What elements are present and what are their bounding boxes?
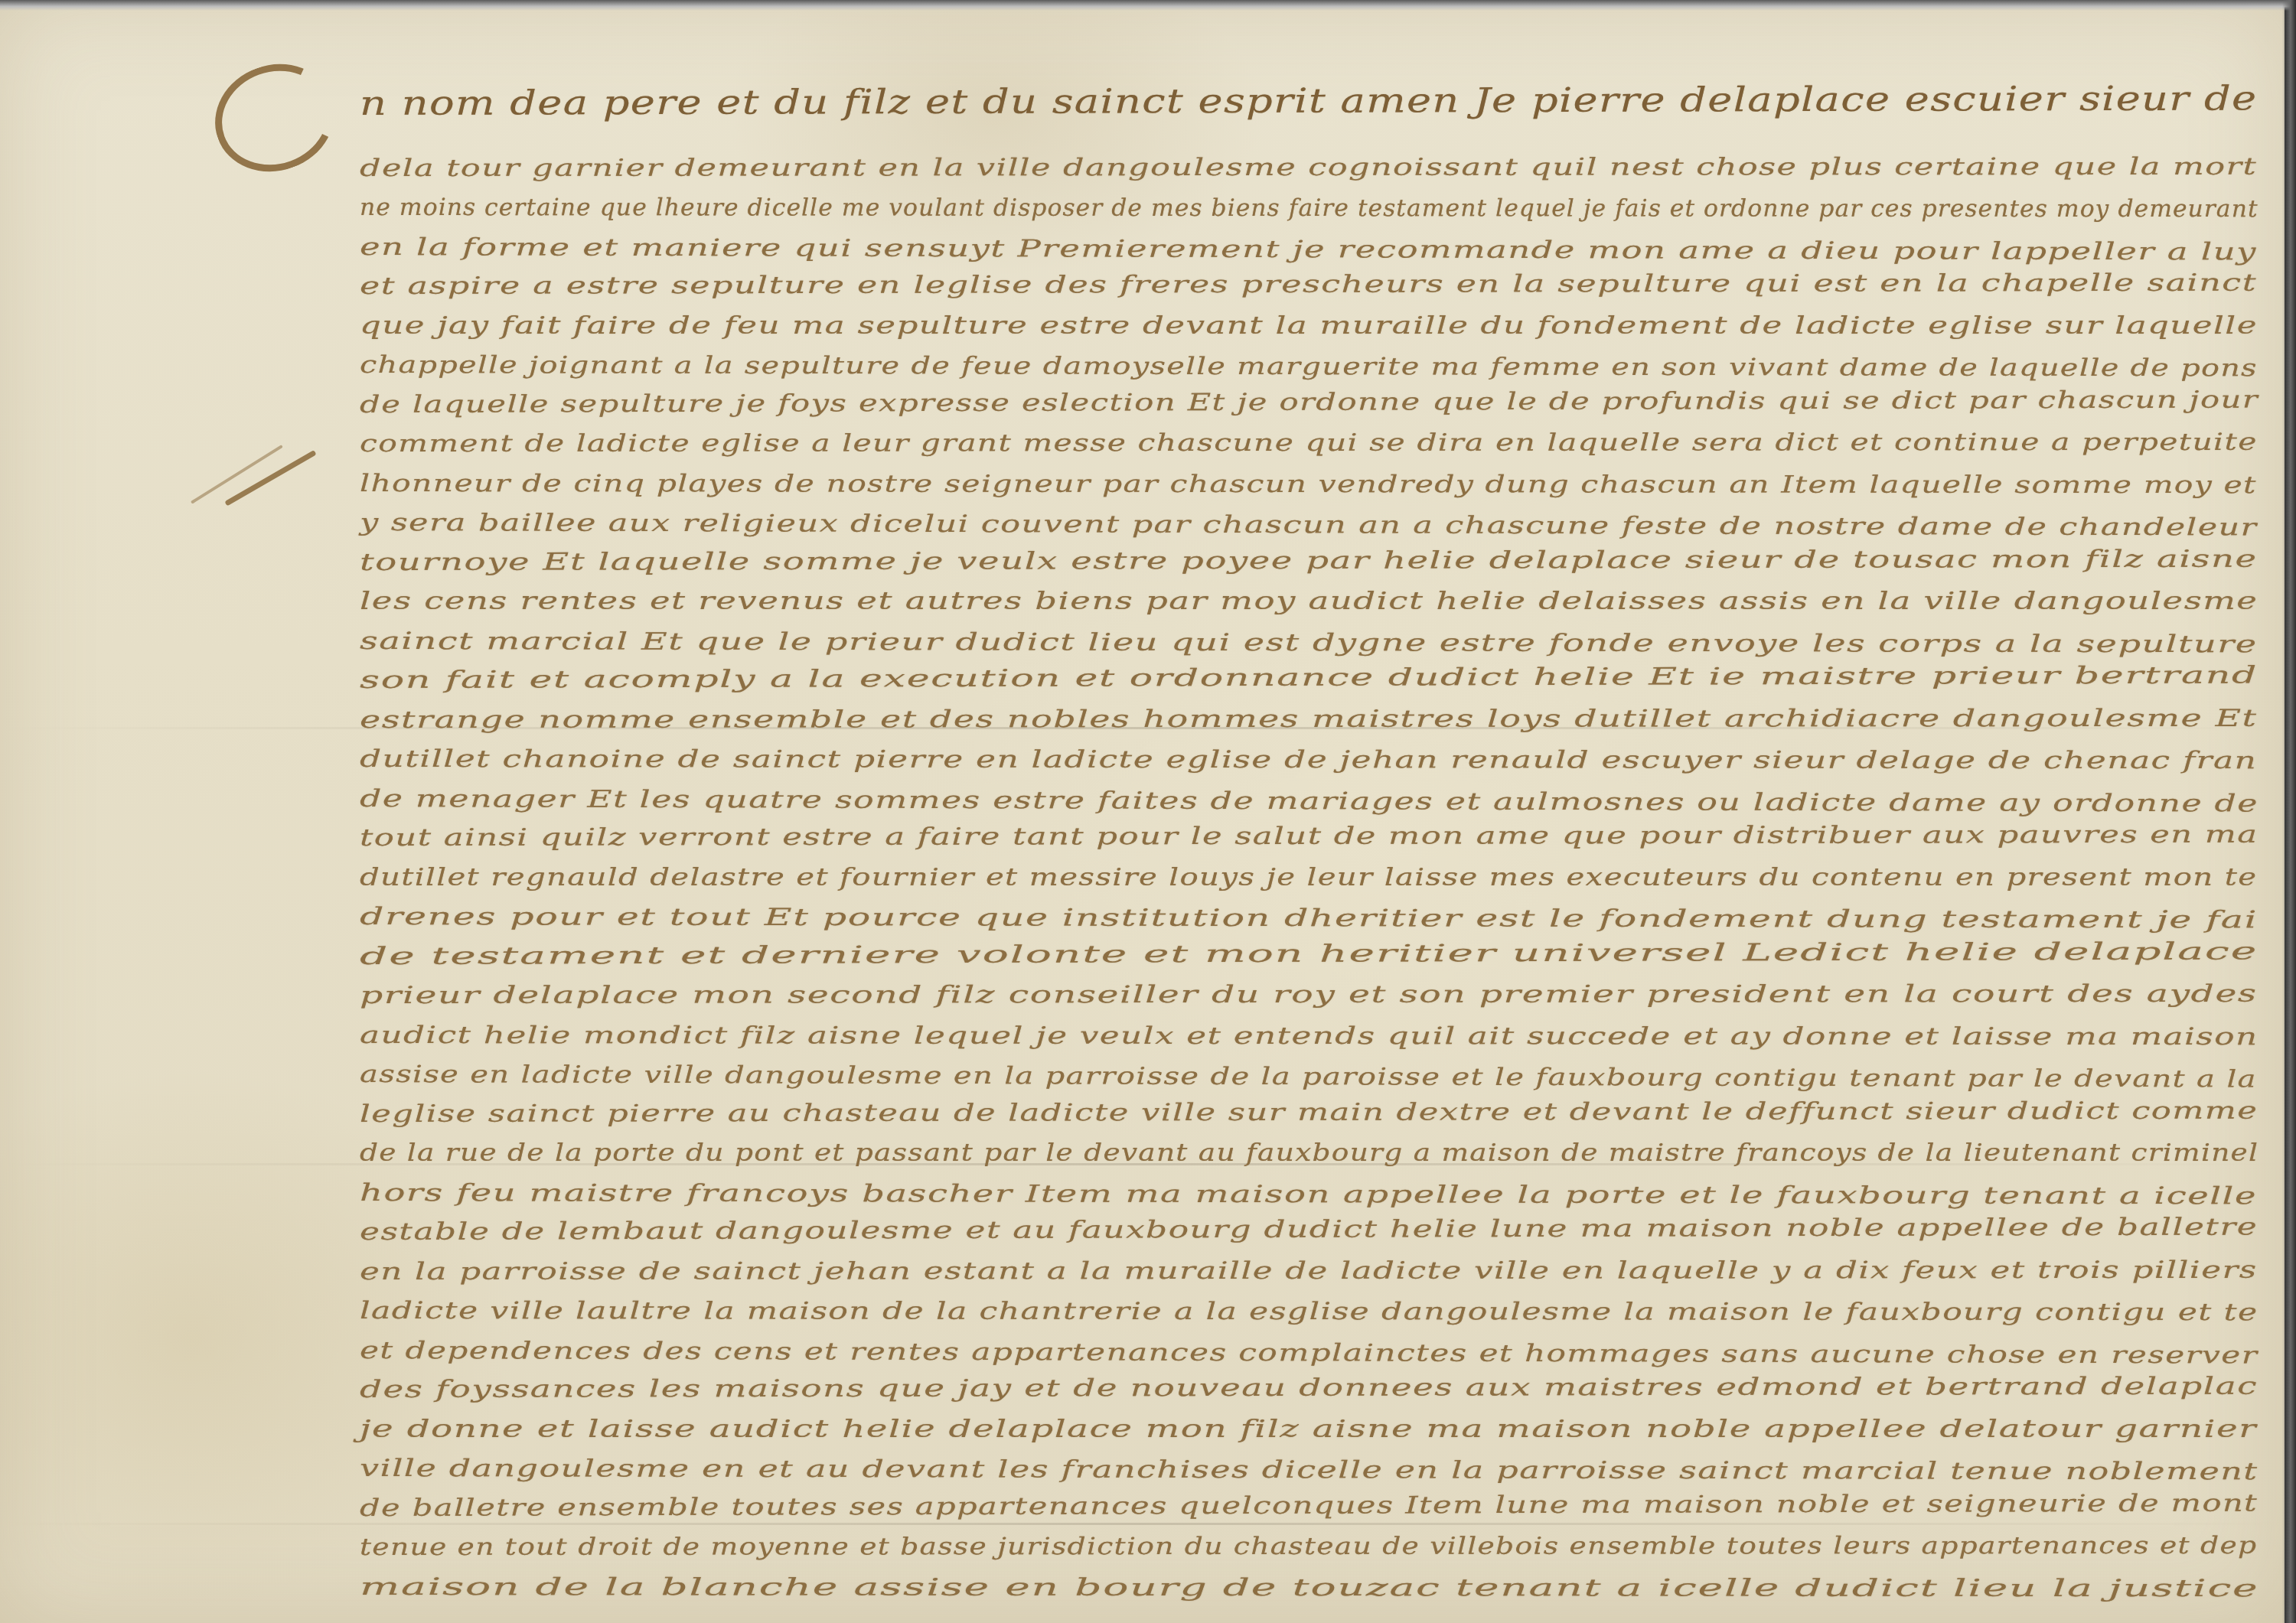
manuscript-page: n nom dea pere et du filz et du sainct e… [0, 0, 2285, 1623]
manuscript-line: et dependences des cens et rentes appart… [360, 1337, 2258, 1369]
manuscript-line: n nom dea pere et du filz et du sainct e… [360, 80, 2258, 123]
manuscript-line: de laquelle sepulture je foys expresse e… [360, 386, 2258, 418]
manuscript-line: tenue en tout droit de moyenne et basse … [360, 1532, 2257, 1561]
manuscript-line: de menager Et les quatre sommes estre fa… [360, 785, 2258, 817]
manuscript-line: comment de ladicte eglise a leur grant m… [360, 429, 2258, 458]
scan-edge-shadow [0, 0, 2296, 11]
fold-crease [0, 1523, 2285, 1525]
manuscript-line: sainct marcial Et que le prieur dudict l… [360, 627, 2258, 658]
manuscript-line: tout ainsi quilz verront estre a faire t… [360, 821, 2258, 852]
manuscript-line: de la rue de la porte du pont et passant… [360, 1139, 2258, 1167]
manuscript-line: en la forme et maniere qui sensuyt Premi… [360, 233, 2257, 266]
manuscript-line: ville dangoulesme en et au devant les fr… [360, 1455, 2258, 1485]
manuscript-line: chappelle joignant a la sepulture de feu… [360, 351, 2258, 382]
manuscript-line: drenes pour et tout Et pource que instit… [360, 903, 2258, 934]
manuscript-line: dutillet chanoine de sainct pierre en la… [360, 745, 2257, 774]
manuscript-line: des foyssances les maisons que jay et de… [360, 1373, 2258, 1403]
manuscript-line: tournoye Et laquelle somme je veulx estr… [360, 545, 2258, 575]
manuscript-line: dutillet regnauld delastre et fournier e… [360, 864, 2257, 891]
manuscript-line: ne moins certaine que lheure dicelle me … [360, 194, 2258, 223]
manuscript-line: dela tour garnier demeurant en la ville … [360, 152, 2257, 181]
decorated-initial-letter [200, 47, 350, 188]
manuscript-line: audict helie mondict filz aisne lequel j… [360, 1022, 2258, 1051]
manuscript-line: je donne et laisse audict helie delaplac… [360, 1416, 2257, 1443]
manuscript-line: leglise sainct pierre au chasteau de lad… [360, 1097, 2258, 1127]
manuscript-line: hors feu maistre francoys bascher Item m… [360, 1179, 2257, 1210]
manuscript-line: ladicte ville laultre la maison de la ch… [360, 1297, 2258, 1326]
manuscript-line: maison de la blanche assise en bourg de … [360, 1573, 2258, 1602]
manuscript-line: en la parroisse de sainct jehan estant a… [360, 1256, 2258, 1285]
manuscript-line: les cens rentes et revenus et autres bie… [360, 588, 2258, 615]
manuscript-line: prieur delaplace mon second filz conseil… [360, 980, 2258, 1009]
manuscript-line: estrange nomme ensemble et des nobles ho… [360, 704, 2258, 733]
margin-mark [224, 450, 316, 507]
scan-edge-shadow [2282, 0, 2296, 1623]
manuscript-line: lhonneur de cinq playes de nostre seigne… [360, 470, 2257, 499]
manuscript-line: de balletre ensemble toutes ses apparten… [360, 1489, 2258, 1521]
manuscript-line: assise en ladicte ville dangoulesme en l… [360, 1061, 2257, 1093]
manuscript-line: que jay fait faire de feu ma sepulture e… [360, 312, 2258, 340]
manuscript-line: son fait et acomply a la execution et or… [360, 662, 2258, 694]
manuscript-line: et aspire a estre sepulture en leglise d… [360, 269, 2257, 300]
manuscript-line: de testament et derniere volonte et mon … [360, 937, 2258, 970]
manuscript-line: y sera baillee aux religieux dicelui cou… [360, 509, 2258, 541]
manuscript-line: estable de lembaut dangoulesme et au fau… [360, 1214, 2258, 1246]
